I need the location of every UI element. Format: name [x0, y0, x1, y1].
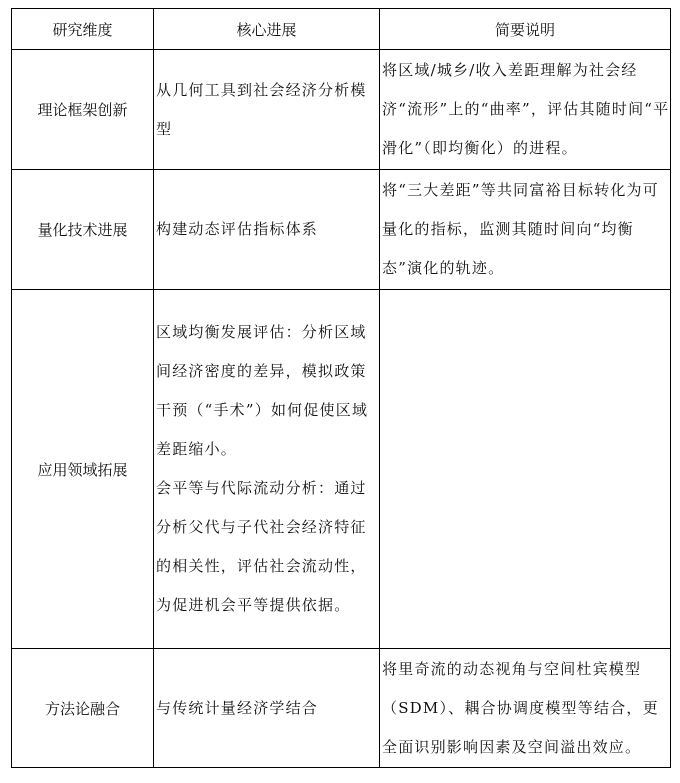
- progress-text: 从几何工具到社会经济分析模型: [156, 71, 379, 149]
- header-dimension: 研究维度: [12, 9, 154, 50]
- progress-cell: 构建动态评估指标体系: [154, 170, 380, 290]
- description-cell: [380, 290, 671, 649]
- table-row: 应用领域拓展 区域均衡发展评估：分析区域间经济密度的差异，模拟政策干预（“手术”…: [12, 290, 671, 649]
- dimension-cell: 应用领域拓展: [12, 290, 154, 649]
- header-description: 简要说明: [380, 9, 671, 50]
- table-row: 量化技术进展 构建动态评估指标体系 将“三大差距”等共同富裕目标转化为可量化的指…: [12, 170, 671, 290]
- dimension-cell: 量化技术进展: [12, 170, 154, 290]
- progress-text: 构建动态评估指标体系: [156, 210, 379, 249]
- progress-text: 会平等与代际流动分析：通过分析父代与子代社会经济特征的相关性，评估社会流动性，为…: [156, 469, 379, 625]
- description-cell: 将里奇流的动态视角与空间杜宾模型（SDM）、耦合协调度模型等结合，更全面识别影响…: [380, 649, 671, 768]
- dimension-cell: 理论框架创新: [12, 50, 154, 170]
- table-row: 方法论融合 与传统计量经济学结合 将里奇流的动态视角与空间杜宾模型（SDM）、耦…: [12, 649, 671, 768]
- progress-cell: 与传统计量经济学结合: [154, 649, 380, 768]
- research-table: 研究维度 核心进展 简要说明 理论框架创新 从几何工具到社会经济分析模型 将区域…: [11, 8, 671, 768]
- header-progress: 核心进展: [154, 9, 380, 50]
- description-cell: 将“三大差距”等共同富裕目标转化为可量化的指标，监测其随时间向“均衡态”演化的轨…: [380, 170, 671, 290]
- table-row: 理论框架创新 从几何工具到社会经济分析模型 将区域/城乡/收入差距理解为社会经济…: [12, 50, 671, 170]
- progress-cell: 区域均衡发展评估：分析区域间经济密度的差异，模拟政策干预（“手术”）如何促使区域…: [154, 290, 380, 649]
- header-row: 研究维度 核心进展 简要说明: [12, 9, 671, 50]
- progress-text: 与传统计量经济学结合: [156, 689, 379, 728]
- progress-text: 区域均衡发展评估：分析区域间经济密度的差异，模拟政策干预（“手术”）如何促使区域…: [156, 313, 379, 469]
- progress-cell: 从几何工具到社会经济分析模型: [154, 50, 380, 170]
- description-cell: 将区域/城乡/收入差距理解为社会经济“流形”上的“曲率”，评估其随时间“平滑化”…: [380, 50, 671, 170]
- dimension-cell: 方法论融合: [12, 649, 154, 768]
